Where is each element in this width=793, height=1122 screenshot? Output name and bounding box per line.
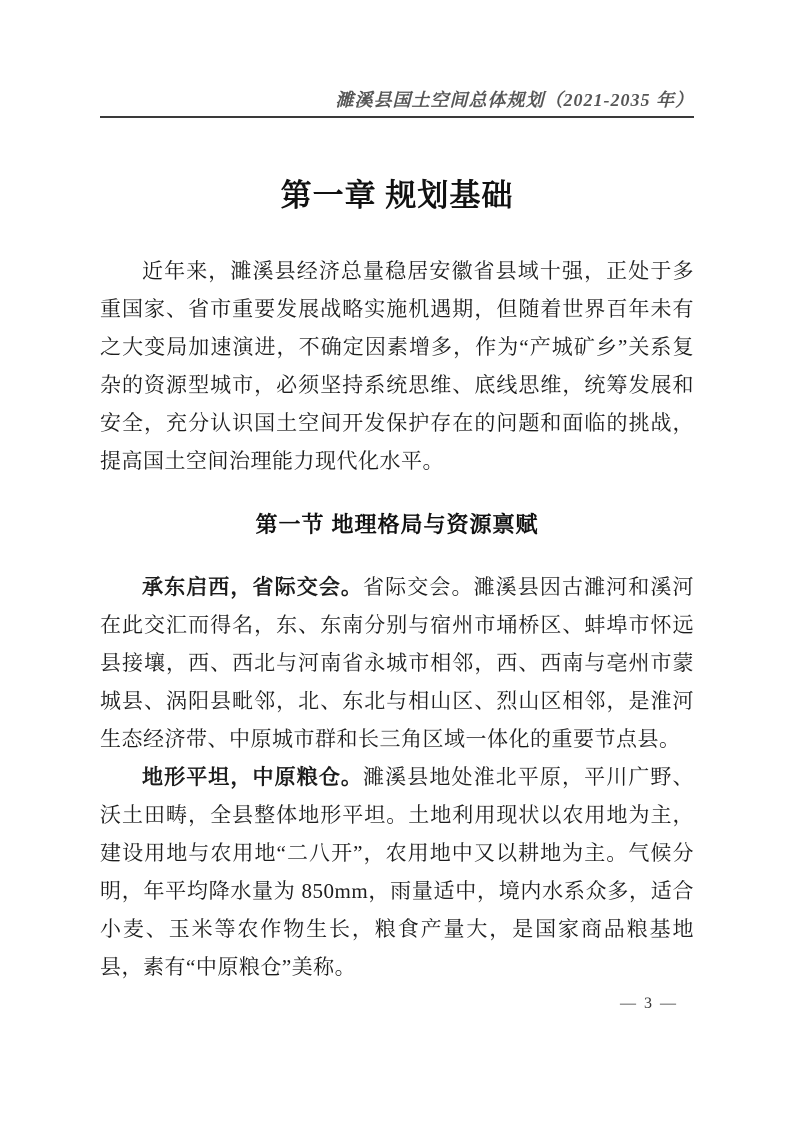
paragraph-lead: 地形平坦，中原粮仓。	[142, 765, 363, 789]
page-number: — 3 —	[100, 994, 694, 1014]
running-head: 濉溪县国土空间总体规划（2021-2035 年）	[100, 88, 694, 118]
document-page: 濉溪县国土空间总体规划（2021-2035 年） 第一章 规划基础 近年来，濉溪…	[0, 0, 793, 1122]
paragraph: 近年来，濉溪县经济总量稳居安徽省县域十强，正处于多重国家、省市重要发展战略实施机…	[100, 252, 694, 480]
paragraph-text: 省际交会。濉溪县因古濉河和溪河在此交汇而得名，东、东南分别与宿州市埇桥区、蚌埠市…	[100, 575, 694, 751]
paragraph-text: 近年来，濉溪县经济总量稳居安徽省县域十强，正处于多重国家、省市重要发展战略实施机…	[100, 259, 694, 473]
section-title: 第一节 地理格局与资源禀赋	[100, 512, 694, 538]
paragraph-lead: 承东启西，省际交会。	[142, 575, 363, 599]
text-column: 濉溪县国土空间总体规划（2021-2035 年） 第一章 规划基础 近年来，濉溪…	[100, 0, 694, 1014]
paragraph: 地形平坦，中原粮仓。濉溪县地处淮北平原，平川广野、沃土田畴，全县整体地形平坦。土…	[100, 758, 694, 986]
chapter-title: 第一章 规划基础	[100, 178, 694, 214]
paragraph-text: 濉溪县地处淮北平原，平川广野、沃土田畴，全县整体地形平坦。土地利用现状以农用地为…	[100, 765, 694, 979]
paragraph: 承东启西，省际交会。省际交会。濉溪县因古濉河和溪河在此交汇而得名，东、东南分别与…	[100, 568, 694, 758]
